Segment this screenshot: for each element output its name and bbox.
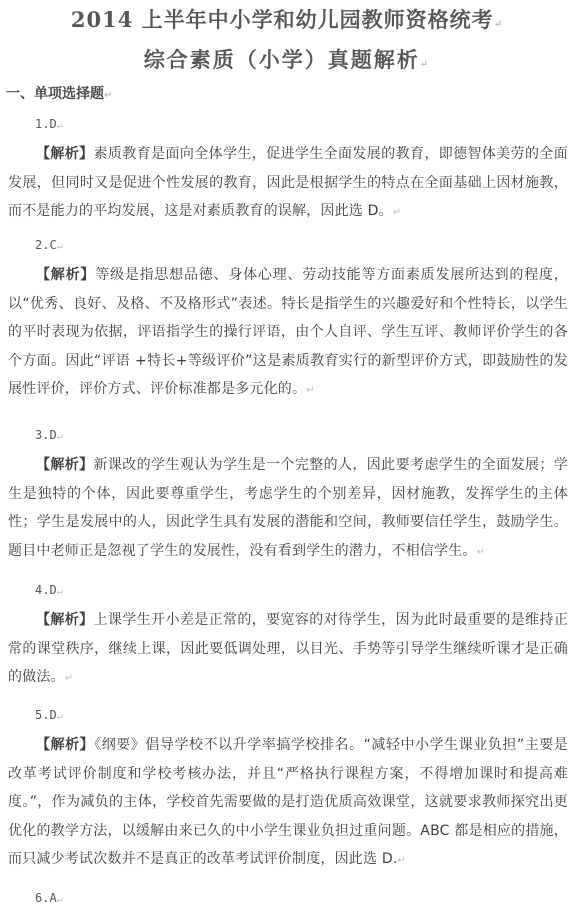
explanation-paragraph: 【解析】新课改的学生观认为学生是一个完整的人，因此要考虑学生的全面发展；学生是独… [8, 451, 568, 567]
question-answer: 3.D↵ [35, 428, 63, 442]
explanation-paragraph: 【解析】上课学生开小差是正常的，要宽容的对待学生，因为此时最重要的是维持正常的课… [8, 606, 568, 694]
explanation-paragraph: 【解析】等级是指思想品德、身体心理、劳动技能等方面素质发展所达到的程度，以“优秀… [8, 261, 568, 406]
question-answer: 4.D↵ [35, 583, 63, 597]
question-answer: 5.D↵ [35, 708, 63, 722]
section-heading: 一、单项选择题↵ [6, 83, 112, 103]
question-answer: 2.C↵ [35, 238, 63, 252]
question-answer: 1.D↵ [35, 117, 63, 131]
document-title-line1: 2014 上半年中小学和幼儿园教师资格统考↵ [0, 4, 574, 34]
document-title-line2: 综合素质（小学）真题解析↵ [0, 44, 574, 74]
explanation-paragraph: 【解析】素质教育是面向全体学生，促进学生全面发展的教育，即德智体美劳的全面发展，… [8, 140, 568, 228]
explanation-paragraph: 【解析】《纲要》倡导学校不以升学率搞学校排名。“减轻中小学生课业负担”主要是改革… [8, 731, 568, 876]
question-answer: 6.A↵ [35, 891, 63, 905]
